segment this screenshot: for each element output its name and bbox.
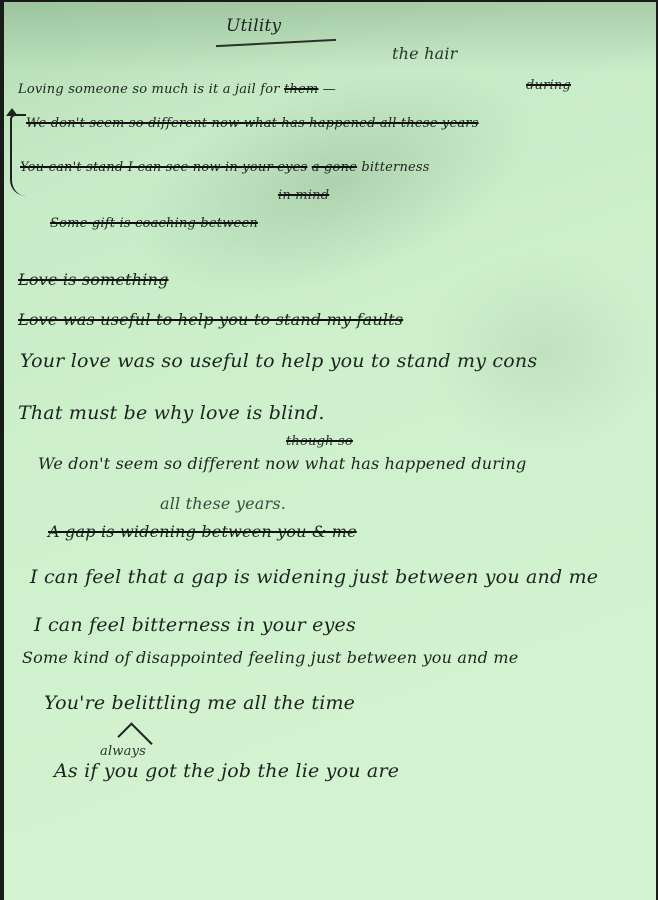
lyric-line-14: You're belittling me all the time (44, 692, 355, 714)
insertion-the-hair: the hair (392, 44, 458, 63)
lyric-line-7: Your love was so useful to help you to s… (20, 350, 537, 372)
document-title: Utility (226, 16, 281, 36)
lyric-text: Loving someone so much is it a jail for (18, 82, 280, 97)
insertion-during: during (526, 78, 571, 93)
lyric-line-15: As if you got the job the lie you are (54, 760, 399, 782)
lyric-line-3: You can't stand I can see now in your ey… (20, 160, 430, 175)
struck-word: them (284, 82, 318, 97)
paper-shadow (103, 22, 564, 342)
lyric-line-11: I can feel that a gap is widening just b… (30, 566, 598, 588)
lyric-line-10: A gap is widening between you & me (48, 522, 357, 541)
insertion-though-so: though so (286, 434, 353, 449)
lyric-tail: bitterness (361, 160, 429, 175)
lyric-line-9-continuation: all these years. (160, 494, 286, 513)
manuscript-page: Utility the hair Loving someone so much … (4, 2, 656, 900)
move-arrow-icon (10, 114, 26, 196)
lyric-line-8: That must be why love is blind. (18, 402, 325, 424)
lyric-line-13: Some kind of disappointed feeling just b… (22, 648, 518, 667)
lyric-line-4: Some gift is coaching between (50, 216, 258, 231)
insertion-in-mind: in mind (278, 188, 329, 203)
insertion-always: always (100, 744, 146, 759)
struck-word: a gone (312, 160, 357, 175)
lyric-line-1: Loving someone so much is it a jail for … (18, 82, 336, 97)
lyric-line-2: We don't seem so different now what has … (26, 116, 479, 131)
lyric-line-12: I can feel bitterness in your eyes (34, 614, 356, 636)
title-underline (216, 39, 336, 47)
lyric-line-6: Love was useful to help you to stand my … (18, 310, 403, 329)
paper-shadow (4, 2, 656, 72)
lyric-text: You can't stand I can see now in your ey… (20, 160, 307, 175)
lyric-line-5: Love is something (18, 270, 169, 289)
dash: — (323, 82, 336, 97)
lyric-line-9: We don't seem so different now what has … (38, 454, 526, 473)
